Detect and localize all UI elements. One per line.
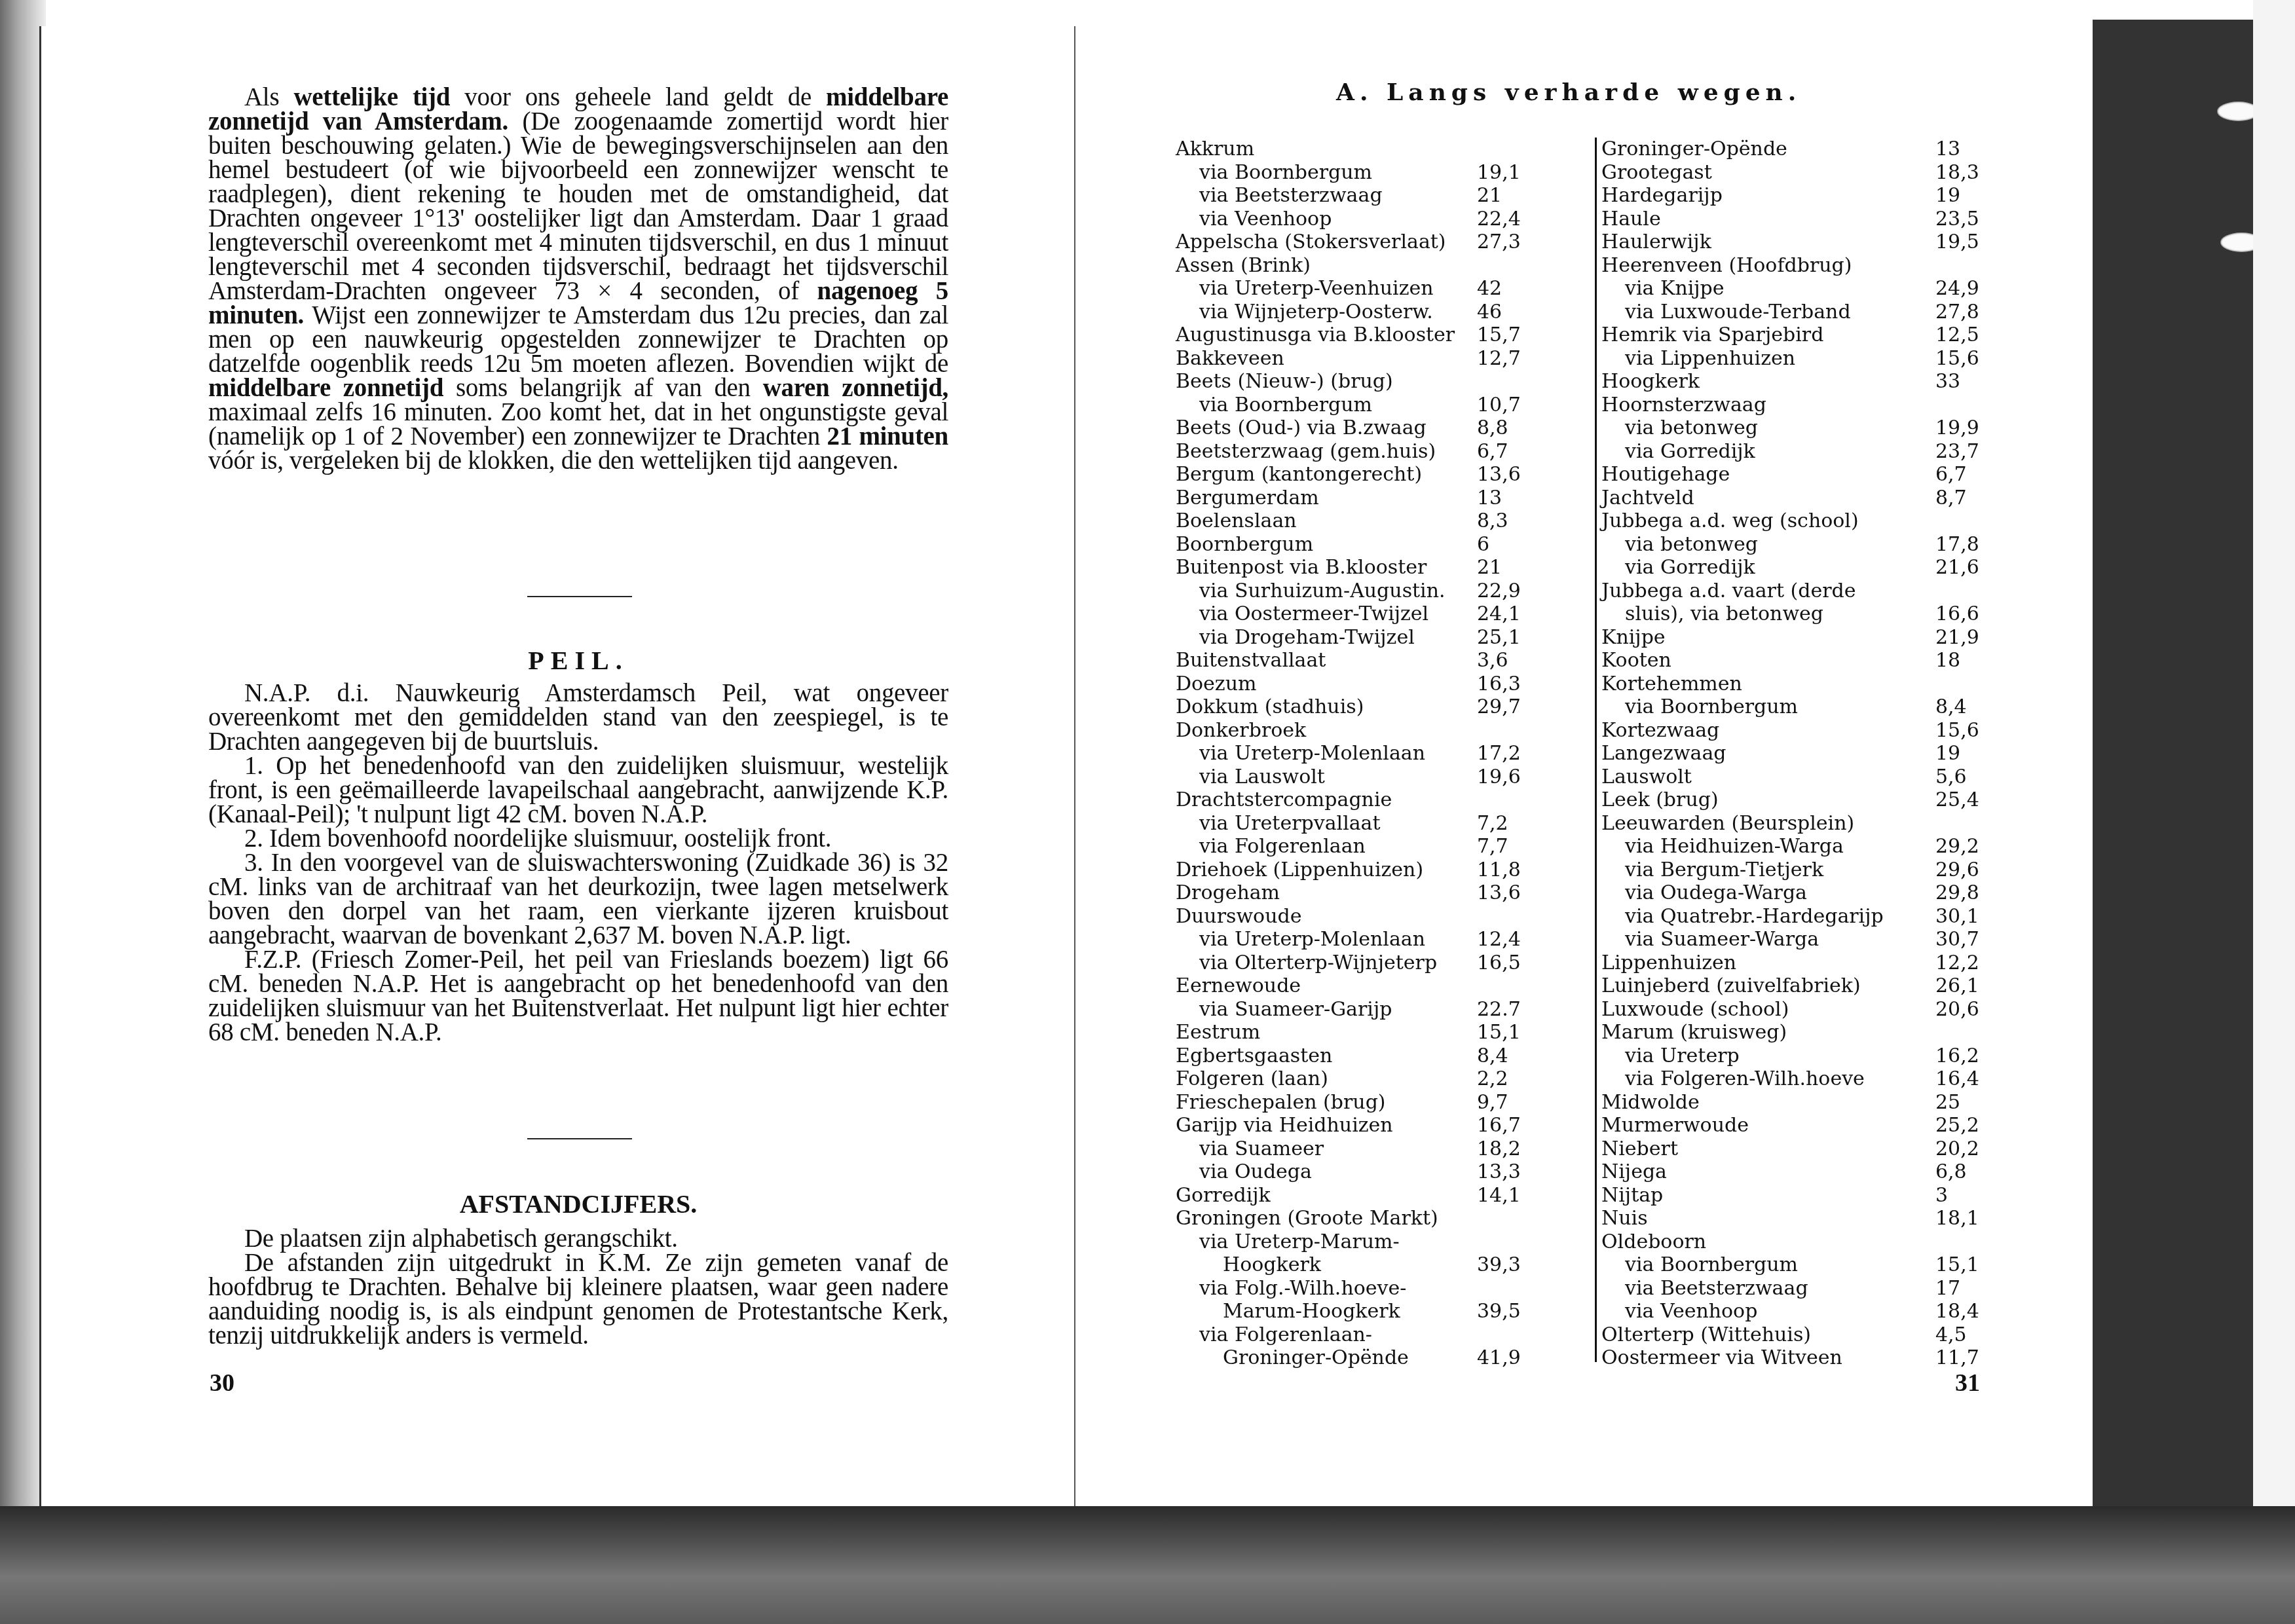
distance-row: via Folgerenlaan7,7 [1176, 835, 1529, 858]
distance-km: 17 [1935, 1277, 1988, 1301]
distance-km: 29,8 [1935, 881, 1988, 905]
place-name: Eernewoude [1176, 974, 1477, 998]
distance-row: Lippenhuizen12,2 [1601, 951, 1988, 975]
distance-row: via Oudega-Warga29,8 [1601, 881, 1988, 905]
place-name: Hemrik via Sparjebird [1601, 323, 1935, 347]
distance-km [1477, 974, 1529, 998]
distance-row: Egbertsgaasten8,4 [1176, 1044, 1529, 1068]
distance-row: Jubbega a.d. weg (school) [1601, 509, 1988, 533]
distance-km: 41,9 [1477, 1346, 1529, 1370]
distance-km: 24,1 [1477, 602, 1529, 626]
place-name: Appelscha (Stokersverlaat) [1176, 231, 1477, 254]
distance-row: via betonweg19,9 [1601, 416, 1988, 440]
distance-km: 4,5 [1935, 1323, 1988, 1347]
distance-row: via Folgeren-Wilh.hoeve16,4 [1601, 1067, 1988, 1091]
place-name: Leek (brug) [1601, 788, 1935, 812]
distance-row: Marum-Hoogkerk39,5 [1176, 1300, 1529, 1323]
place-name: Bergumerdam [1176, 487, 1477, 510]
distance-row: Eernewoude [1176, 974, 1529, 998]
distance-row: Doezum16,3 [1176, 673, 1529, 696]
distance-km: 29,2 [1935, 835, 1988, 858]
distance-km: 5,6 [1935, 766, 1988, 789]
distance-km: 18,4 [1935, 1300, 1988, 1323]
distance-row: via Boornbergum15,1 [1601, 1253, 1988, 1277]
distance-row: Oldeboorn [1601, 1230, 1988, 1254]
distance-km [1935, 1021, 1988, 1044]
distance-km: 30,1 [1935, 905, 1988, 929]
place-name: via Beetsterzwaag [1176, 184, 1477, 208]
page-number-left: 30 [210, 1369, 234, 1397]
place-name: via Heidhuizen-Warga [1601, 835, 1935, 858]
distance-row: Frieschepalen (brug)9,7 [1176, 1091, 1529, 1115]
intro-paragraph: Als wettelijke tijd voor ons geheele lan… [208, 85, 948, 473]
distance-row: Langezwaag19 [1601, 742, 1988, 766]
peil-paragraph: N.A.P. d.i. Nauwkeurig Amsterdamsch Peil… [208, 681, 948, 754]
distance-km: 3,6 [1477, 649, 1529, 673]
place-name: via Lauswolt [1176, 766, 1477, 789]
distance-km [1935, 673, 1988, 696]
place-name: Augustinusga via B.klooster [1176, 323, 1477, 347]
distance-km: 19,5 [1935, 231, 1988, 254]
place-name: Lauswolt [1601, 766, 1935, 789]
place-name: Kortehemmen [1601, 673, 1935, 696]
distance-row: Beetsterzwaag (gem.huis)6,7 [1176, 440, 1529, 464]
distance-row: Olterterp (Wittehuis)4,5 [1601, 1323, 1988, 1347]
place-name: Boelenslaan [1176, 509, 1477, 533]
distance-row: via Wijnjeterp-Oosterw.46 [1176, 301, 1529, 324]
place-name: Marum (kruisweg) [1601, 1021, 1935, 1044]
scan-bottom-shadow [0, 1506, 2295, 1624]
distance-row: Boelenslaan8,3 [1176, 509, 1529, 533]
bold-term: nagenoeg 5 minuten. [208, 277, 948, 329]
place-name: via Ureterp-Molenlaan [1176, 742, 1477, 766]
distance-row: Bakkeveen12,7 [1176, 347, 1529, 371]
distance-km: 16,7 [1477, 1114, 1529, 1137]
distance-row: via Folg.-Wilh.hoeve- [1176, 1277, 1529, 1301]
distance-row: via Oostermeer-Twijzel24,1 [1176, 602, 1529, 626]
section-divider [527, 1138, 632, 1139]
distance-row: via Drogeham-Twijzel25,1 [1176, 626, 1529, 650]
place-name: Haulerwijk [1601, 231, 1935, 254]
peil-section: N.A.P. d.i. Nauwkeurig Amsterdamsch Peil… [208, 681, 948, 1044]
place-name: via Bergum-Tietjerk [1601, 858, 1935, 882]
distance-km: 19 [1935, 184, 1988, 208]
distance-row: Appelscha (Stokersverlaat)27,3 [1176, 231, 1529, 254]
distance-column-1: Akkrumvia Boornbergum19,1via Beetsterzwa… [1176, 138, 1529, 1370]
place-name: Frieschepalen (brug) [1176, 1091, 1477, 1115]
place-name: via Luxwoude-Terband [1601, 301, 1935, 324]
distance-row: Boornbergum6 [1176, 533, 1529, 557]
distance-km: 25,4 [1935, 788, 1988, 812]
section-title-peil: PEIL. [208, 645, 948, 676]
distance-km: 8,4 [1477, 1044, 1529, 1068]
place-name: Bergum (kantongerecht) [1176, 463, 1477, 487]
distance-km: 39,5 [1477, 1300, 1529, 1323]
place-name: Oostermeer via Witveen [1601, 1346, 1935, 1370]
distance-row: Kortehemmen [1601, 673, 1988, 696]
distance-km [1935, 254, 1988, 278]
distance-km: 29,7 [1477, 695, 1529, 719]
place-name: Groninger-Opënde [1601, 138, 1935, 161]
place-name: Gorredijk [1176, 1184, 1477, 1208]
bold-term: middelbare zonnetijd [208, 374, 443, 402]
distance-km [1477, 905, 1529, 929]
distance-km: 25,2 [1935, 1114, 1988, 1137]
distance-row: via Ureterp-Veenhuizen42 [1176, 277, 1529, 301]
distance-km: 17,8 [1935, 533, 1988, 557]
distance-row: Kooten18 [1601, 649, 1988, 673]
place-name: Boornbergum [1176, 533, 1477, 557]
distance-km: 6,8 [1935, 1160, 1988, 1184]
distance-row: via Luxwoude-Terband27,8 [1601, 301, 1988, 324]
place-name: Buitenstvallaat [1176, 649, 1477, 673]
distance-row: via Gorredijk23,7 [1601, 440, 1988, 464]
place-name: Hoogkerk [1176, 1253, 1477, 1277]
distance-row: Haulerwijk19,5 [1601, 231, 1988, 254]
place-name: Egbertsgaasten [1176, 1044, 1477, 1068]
place-name: Midwolde [1601, 1091, 1935, 1115]
place-name: Kortezwaag [1601, 719, 1935, 743]
distance-km: 17,2 [1477, 742, 1529, 766]
distance-row: Leeuwarden (Beursplein) [1601, 812, 1988, 836]
distance-row: Nijtap3 [1601, 1184, 1988, 1208]
place-name: via Ureterpvallaat [1176, 812, 1477, 836]
distance-row: Buitenstvallaat3,6 [1176, 649, 1529, 673]
page-number-right: 31 [1955, 1369, 1980, 1397]
distance-km: 16,3 [1477, 673, 1529, 696]
distance-row: Hoornsterzwaag [1601, 394, 1988, 417]
distance-row: Augustinusga via B.klooster15,7 [1176, 323, 1529, 347]
distance-km: 6,7 [1935, 463, 1988, 487]
distance-row: via Ureterp16,2 [1601, 1044, 1988, 1068]
place-name: Hoogkerk [1601, 370, 1935, 394]
distance-km: 16,4 [1935, 1067, 1988, 1091]
distance-km: 19 [1935, 742, 1988, 766]
distance-km [1477, 254, 1529, 278]
distance-km: 29,6 [1935, 858, 1988, 882]
distance-km: 46 [1477, 301, 1529, 324]
distance-row: via Knijpe24,9 [1601, 277, 1988, 301]
place-name: via Suameer [1176, 1137, 1477, 1161]
place-name: Driehoek (Lippenhuizen) [1176, 858, 1477, 882]
place-name: via Boornbergum [1176, 394, 1477, 417]
distance-km: 23,7 [1935, 440, 1988, 464]
place-name: via Knijpe [1601, 277, 1935, 301]
distance-row: Donkerbroek [1176, 719, 1529, 743]
scan-right-dark-margin [2093, 20, 2253, 1624]
place-name: via Oudega [1176, 1160, 1477, 1184]
distance-km: 18 [1935, 649, 1988, 673]
peil-paragraph: 3. In den voorgevel van de sluiswachters… [208, 851, 948, 948]
place-name: Nijega [1601, 1160, 1935, 1184]
place-name: Folgeren (laan) [1176, 1067, 1477, 1091]
distance-km: 10,7 [1477, 394, 1529, 417]
distance-km: 3 [1935, 1184, 1988, 1208]
place-name: via Folgeren-Wilh.hoeve [1601, 1067, 1935, 1091]
place-name: Olterterp (Wittehuis) [1601, 1323, 1935, 1347]
distance-row: Gorredijk14,1 [1176, 1184, 1529, 1208]
peil-paragraph: 2. Idem bovenhoofd noordelijke sluismuur… [208, 826, 948, 851]
distance-km: 21 [1477, 184, 1529, 208]
distance-km: 20,6 [1935, 998, 1988, 1022]
place-name: via Ureterp-Veenhuizen [1176, 277, 1477, 301]
place-name: Nuis [1601, 1207, 1935, 1230]
distance-row: Folgeren (laan)2,2 [1176, 1067, 1529, 1091]
distance-km: 7,2 [1477, 812, 1529, 836]
place-name: via Gorredijk [1601, 556, 1935, 580]
distance-km [1935, 509, 1988, 533]
distance-row: via Boornbergum19,1 [1176, 161, 1529, 185]
place-name: Oldeboorn [1601, 1230, 1935, 1254]
distance-row: via Quatrebr.-Hardegarijp30,1 [1601, 905, 1988, 929]
place-name: Assen (Brink) [1176, 254, 1477, 278]
place-name: Donkerbroek [1176, 719, 1477, 743]
place-name: via betonweg [1601, 533, 1935, 557]
book-gutter [1074, 26, 1075, 1506]
distance-km: 27,8 [1935, 301, 1988, 324]
distance-km: 14,1 [1477, 1184, 1529, 1208]
distance-km: 30,7 [1935, 928, 1988, 951]
distance-row: Buitenpost via B.klooster21 [1176, 556, 1529, 580]
place-name: via Folg.-Wilh.hoeve- [1176, 1277, 1477, 1301]
distance-km: 18,2 [1477, 1137, 1529, 1161]
distance-row: Haule23,5 [1601, 208, 1988, 231]
distance-km [1935, 812, 1988, 836]
place-name: Dokkum (stadhuis) [1176, 695, 1477, 719]
place-name: Jubbega a.d. vaart (derde [1601, 580, 1935, 603]
place-name: Eestrum [1176, 1021, 1477, 1044]
distance-row: Murmerwoude25,2 [1601, 1114, 1988, 1137]
distance-km [1935, 1230, 1988, 1254]
distance-km: 18,3 [1935, 161, 1988, 185]
distance-km: 12,2 [1935, 951, 1988, 975]
place-name: Jachtveld [1601, 487, 1935, 510]
distance-km: 26,1 [1935, 974, 1988, 998]
distance-row: Beets (Nieuw-) (brug) [1176, 370, 1529, 394]
peil-paragraph: F.Z.P. (Friesch Zomer-Peil, het peil van… [208, 948, 948, 1044]
place-name: Heerenveen (Hoofdbrug) [1601, 254, 1935, 278]
afstandcijfers-paragraph: De plaatsen zijn alphabetisch gerangschi… [208, 1227, 948, 1251]
place-name: Groninger-Opënde [1176, 1346, 1477, 1370]
distance-km: 8,4 [1935, 695, 1988, 719]
distance-km [1477, 1323, 1529, 1347]
distance-row: Bergumerdam13 [1176, 487, 1529, 510]
distance-row: Driehoek (Lippenhuizen)11,8 [1176, 858, 1529, 882]
distance-row: via Olterterp-Wijnjeterp16,5 [1176, 951, 1529, 975]
distance-row: Hemrik via Sparjebird12,5 [1601, 323, 1988, 347]
distance-row: Niebert20,2 [1601, 1137, 1988, 1161]
distance-km: 11,8 [1477, 858, 1529, 882]
distance-km: 15,6 [1935, 719, 1988, 743]
distance-row: Hoogkerk39,3 [1176, 1253, 1529, 1277]
distance-km: 13,6 [1477, 463, 1529, 487]
distance-km: 27,3 [1477, 231, 1529, 254]
distance-row: Luxwoude (school)20,6 [1601, 998, 1988, 1022]
distance-row: via Bergum-Tietjerk29,6 [1601, 858, 1988, 882]
distance-row: sluis), via betonweg16,6 [1601, 602, 1988, 626]
distance-km: 19,6 [1477, 766, 1529, 789]
distance-km: 15,6 [1935, 347, 1988, 371]
place-name: via Oostermeer-Twijzel [1176, 602, 1477, 626]
distance-row: Assen (Brink) [1176, 254, 1529, 278]
place-name: via Ureterp-Marum- [1176, 1230, 1477, 1254]
distance-row: Akkrum [1176, 138, 1529, 161]
place-name: via Boornbergum [1601, 695, 1935, 719]
place-name: sluis), via betonweg [1601, 602, 1935, 626]
place-name: Hardegarijp [1601, 184, 1935, 208]
place-name: via Surhuizum-Augustin. [1176, 580, 1477, 603]
place-name: Akkrum [1176, 138, 1477, 161]
place-name: via Boornbergum [1176, 161, 1477, 185]
place-name: via Boornbergum [1601, 1253, 1935, 1277]
distance-row: Jubbega a.d. vaart (derde [1601, 580, 1988, 603]
distance-km [1477, 138, 1529, 161]
distance-row: Drogeham13,6 [1176, 881, 1529, 905]
distance-row: via Veenhoop22,4 [1176, 208, 1529, 231]
distance-row: Lauswolt5,6 [1601, 766, 1988, 789]
distance-row: Luinjeberd (zuivelfabriek)26,1 [1601, 974, 1988, 998]
afstandcijfers-section: De plaatsen zijn alphabetisch gerangschi… [208, 1227, 948, 1348]
distance-km [1935, 580, 1988, 603]
distance-row: via Beetsterzwaag21 [1176, 184, 1529, 208]
distance-row: via Suameer-Garijp22.7 [1176, 998, 1529, 1022]
distance-row: Groninger-Opënde41,9 [1176, 1346, 1529, 1370]
place-name: Luinjeberd (zuivelfabriek) [1601, 974, 1935, 998]
distance-km [1477, 719, 1529, 743]
distance-row: via Lippenhuizen15,6 [1601, 347, 1988, 371]
distance-row: Nijega6,8 [1601, 1160, 1988, 1184]
distance-row: Oostermeer via Witveen11,7 [1601, 1346, 1988, 1370]
place-name: via Folgerenlaan [1176, 835, 1477, 858]
distance-km: 21,9 [1935, 626, 1988, 650]
distance-row: Kortezwaag15,6 [1601, 719, 1988, 743]
distance-row: Hardegarijp19 [1601, 184, 1988, 208]
distance-km: 16,2 [1935, 1044, 1988, 1068]
place-name: Luxwoude (school) [1601, 998, 1935, 1022]
distance-km: 12,4 [1477, 928, 1529, 951]
distance-row: via Oudega13,3 [1176, 1160, 1529, 1184]
distance-km: 18,1 [1935, 1207, 1988, 1230]
distance-km: 21 [1477, 556, 1529, 580]
distance-km: 8,8 [1477, 416, 1529, 440]
distance-km: 19,1 [1477, 161, 1529, 185]
distance-row: Bergum (kantongerecht)13,6 [1176, 463, 1529, 487]
distance-row: via Gorredijk21,6 [1601, 556, 1988, 580]
place-name: via Folgerenlaan- [1176, 1323, 1477, 1347]
place-name: via Olterterp-Wijnjeterp [1176, 951, 1477, 975]
distance-km: 33 [1935, 370, 1988, 394]
distance-row: via Veenhoop18,4 [1601, 1300, 1988, 1323]
distance-km [1477, 1230, 1529, 1254]
distance-km: 15,1 [1477, 1021, 1529, 1044]
place-name: Marum-Hoogkerk [1176, 1300, 1477, 1323]
distance-km: 24,9 [1935, 277, 1988, 301]
place-name: via Suameer-Garijp [1176, 998, 1477, 1022]
place-name: Nijtap [1601, 1184, 1935, 1208]
distance-row: Beets (Oud-) via B.zwaag8,8 [1176, 416, 1529, 440]
distance-row: Houtigehage6,7 [1601, 463, 1988, 487]
distance-row: via betonweg17,8 [1601, 533, 1988, 557]
place-name: Langezwaag [1601, 742, 1935, 766]
place-name: Drachtstercompagnie [1176, 788, 1477, 812]
distance-km [1477, 1277, 1529, 1301]
distance-row: Garijp via Heidhuizen16,7 [1176, 1114, 1529, 1137]
place-name: Houtigehage [1601, 463, 1935, 487]
place-name: Jubbega a.d. weg (school) [1601, 509, 1935, 533]
distance-km: 39,3 [1477, 1253, 1529, 1277]
scan-right-edge [2253, 0, 2295, 1624]
distance-km: 13,3 [1477, 1160, 1529, 1184]
place-name: Grootegast [1601, 161, 1935, 185]
peil-paragraph: 1. Op het benedenhoofd van den zuidelijk… [208, 754, 948, 826]
place-name: Lippenhuizen [1601, 951, 1935, 975]
place-name: Hoornsterzwaag [1601, 394, 1935, 417]
distance-row: via Folgerenlaan- [1176, 1323, 1529, 1347]
distance-row: Knijpe21,9 [1601, 626, 1988, 650]
distance-km: 2,2 [1477, 1067, 1529, 1091]
place-name: via Quatrebr.-Hardegarijp [1601, 905, 1935, 929]
distance-row: via Ureterpvallaat7,2 [1176, 812, 1529, 836]
place-name: Beetsterzwaag (gem.huis) [1176, 440, 1477, 464]
afstandcijfers-paragraph: De afstanden zijn uitgedrukt in K.M. Ze … [208, 1251, 948, 1348]
distance-row: Dokkum (stadhuis)29,7 [1176, 695, 1529, 719]
distance-row: via Boornbergum10,7 [1176, 394, 1529, 417]
distance-km: 13 [1935, 138, 1988, 161]
place-name: via Wijnjeterp-Oosterw. [1176, 301, 1477, 324]
place-name: via Veenhoop [1176, 208, 1477, 231]
distance-row: Jachtveld8,7 [1601, 487, 1988, 510]
distance-km [1477, 788, 1529, 812]
place-name: Kooten [1601, 649, 1935, 673]
place-name: via Lippenhuizen [1601, 347, 1935, 371]
distance-km: 21,6 [1935, 556, 1988, 580]
place-name: Groningen (Groote Markt) [1176, 1207, 1477, 1230]
distance-row: via Heidhuizen-Warga29,2 [1601, 835, 1988, 858]
intro-text: Als wettelijke tijd voor ons geheele lan… [208, 85, 948, 473]
place-name: via betonweg [1601, 416, 1935, 440]
distance-km [1935, 394, 1988, 417]
bold-term: waren zonnetijd, [763, 374, 948, 402]
distance-km: 25 [1935, 1091, 1988, 1115]
place-name: via Ureterp [1601, 1044, 1935, 1068]
distance-row: via Ureterp-Molenlaan17,2 [1176, 742, 1529, 766]
place-name: Knijpe [1601, 626, 1935, 650]
distance-row: via Beetsterzwaag17 [1601, 1277, 1988, 1301]
distance-km: 6 [1477, 533, 1529, 557]
distance-km: 13,6 [1477, 881, 1529, 905]
distance-row: Nuis18,1 [1601, 1207, 1988, 1230]
distance-km: 9,7 [1477, 1091, 1529, 1115]
distance-row: via Surhuizum-Augustin.22,9 [1176, 580, 1529, 603]
place-name: via Veenhoop [1601, 1300, 1935, 1323]
distance-km: 8,7 [1935, 487, 1988, 510]
distance-column-2: Groninger-Opënde13Grootegast18,3Hardegar… [1601, 138, 1988, 1370]
distance-row: Hoogkerk33 [1601, 370, 1988, 394]
place-name: Niebert [1601, 1137, 1935, 1161]
distance-km: 22,9 [1477, 580, 1529, 603]
distance-row: Eestrum15,1 [1176, 1021, 1529, 1044]
distance-km: 16,6 [1935, 602, 1988, 626]
distance-km: 15,7 [1477, 323, 1529, 347]
place-name: via Drogeham-Twijzel [1176, 626, 1477, 650]
place-name: Leeuwarden (Beursplein) [1601, 812, 1935, 836]
distance-km [1477, 370, 1529, 394]
distance-row: Grootegast18,3 [1601, 161, 1988, 185]
distance-km: 22,4 [1477, 208, 1529, 231]
section-divider [527, 596, 632, 597]
place-name: Bakkeveen [1176, 347, 1477, 371]
distance-km: 12,5 [1935, 323, 1988, 347]
